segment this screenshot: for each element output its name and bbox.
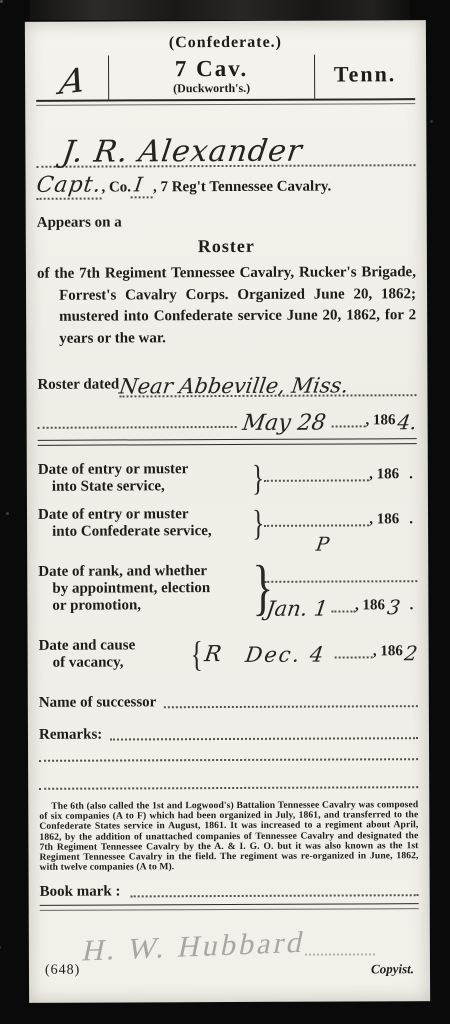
rank-entry: Capt. [37, 173, 102, 200]
successor-row: Name of successor [39, 690, 418, 714]
bottom-double-rule [40, 904, 419, 912]
country-heading: (Confederate.) [36, 20, 415, 53]
roster-dated-place-line: Near Abbeville, Miss. [119, 373, 416, 397]
book-mark-label: Book mark : [40, 884, 131, 903]
dotted-leader [264, 479, 369, 481]
roster-dated-label: Roster dated [37, 376, 119, 397]
muster-roll-card: (Confederate.) A 7 Cav. (Duckworth's.) T… [25, 20, 430, 1003]
trailing-period: . [399, 511, 417, 531]
vacancy-date-handwritten: Dec. 4 [244, 643, 327, 667]
trailing-period: . [399, 466, 417, 486]
dotted-leader [264, 524, 369, 526]
dotted-leader [110, 737, 418, 740]
header-underline [36, 103, 415, 106]
field-value: , 186 . [264, 511, 417, 534]
rank-company-line: Capt. , Co. I , 7 Reg't Tennessee Cavalr… [37, 171, 416, 203]
scan-dust-specks [0, 0, 3, 3]
year-digit: 2 [401, 641, 419, 665]
dotted-leader [131, 895, 419, 898]
rank-date-handwritten: Jan. 1 [265, 597, 329, 621]
dotted-leader [332, 610, 355, 612]
year-prefix: , 186 [373, 643, 403, 663]
dotted-leader [38, 426, 237, 429]
year-digit: 4. [394, 410, 418, 434]
corner-letter-cell: A [36, 56, 108, 100]
remarks-label: Remarks: [39, 727, 110, 746]
card-number: (648) [45, 963, 80, 979]
unit-block: 7 Cav. (Duckworth's.) [108, 55, 315, 100]
year-prefix: , 186 [369, 511, 399, 531]
vacancy-cause-code: R [203, 642, 223, 667]
corner-letter: A [57, 62, 87, 101]
soldier-name: J. R. Alexander [60, 135, 305, 170]
regiment-history-fine-print: The 6th (also called the 1st and Logwood… [39, 800, 418, 873]
field-label: Date and cause of vacancy, [39, 637, 189, 672]
promotion-note: P [315, 534, 331, 556]
section-divider [38, 438, 417, 446]
dotted-leader [264, 580, 417, 583]
state-name: Tenn. [334, 61, 396, 86]
dotted-leader [335, 656, 373, 658]
brace-glyph: { [191, 639, 201, 669]
brace-glyph: } [252, 573, 262, 603]
scan-edge-texture [30, 0, 410, 20]
appears-on-label: Appears on a [37, 213, 416, 235]
remarks-row: Remarks: [39, 722, 418, 746]
roster-dated-line2: May 28 , 186 4. [38, 396, 417, 434]
field-entry-confederate: Date of entry or muster into Confederate… [38, 502, 417, 544]
field-label: Date of rank, and whether by appointment… [38, 562, 250, 614]
field-label: Date of entry or muster into State servi… [38, 461, 250, 496]
field-date-of-rank: Date of rank, and whether by appointment… [38, 549, 417, 627]
state-cell: Tenn. [315, 54, 415, 98]
roster-dated-place: Near Abbeville, Miss. [118, 373, 350, 398]
roster-dated-line1: Roster dated Near Abbeville, Miss. [37, 360, 416, 398]
company-label: , Co. [101, 179, 131, 196]
year-prefix: , 186 [355, 597, 385, 617]
promotion-note-line: P [264, 557, 417, 588]
book-mark-row: Book mark : [40, 882, 419, 904]
brace-glyph: } [252, 508, 262, 538]
header-row: A 7 Cav. (Duckworth's.) Tenn. [36, 54, 415, 102]
rank-date-line: Jan. 1 , 186 3 . [264, 587, 417, 618]
year-digit: 3 [383, 595, 401, 619]
field-entry-state: Date of entry or muster into State servi… [38, 457, 417, 499]
roster-dated-monthday: May 28 [241, 411, 327, 436]
copyist-label: Copyist. [371, 961, 414, 977]
roster-title: Roster [37, 235, 416, 261]
field-value: P Jan. 1 , 186 3 . [264, 557, 417, 618]
dotted-leader [332, 425, 366, 427]
successor-label: Name of successor [39, 694, 165, 714]
field-label: Date of entry or muster into Confederate… [38, 506, 250, 541]
dotted-leader [305, 954, 375, 956]
field-value: , 186 . [264, 466, 417, 489]
unit-subname: (Duckworth's.) [109, 82, 314, 96]
roster-description: of the 7th Regiment Tennessee Cavalry, R… [37, 262, 416, 350]
company-entry: I [131, 172, 153, 198]
year-prefix: , 186 [369, 466, 399, 486]
copyist-signature-row: H. W. Hubbard [40, 918, 419, 966]
remarks-blank-line [39, 758, 418, 762]
brace-glyph: } [252, 463, 262, 493]
year-prefix: , 186 [365, 412, 395, 432]
dotted-leader [164, 705, 418, 708]
regiment-label: , 7 Reg't Tennessee Cavalry. [153, 179, 331, 197]
field-value: R Dec. 4 , 186 2 [203, 641, 418, 666]
soldier-name-line: J. R. Alexander [36, 118, 415, 168]
unit-name: 7 Cav. [109, 56, 314, 83]
remarks-blank-line [39, 786, 418, 790]
field-vacancy: Date and cause of vacancy, { R Dec. 4 , … [39, 630, 418, 678]
trailing-period: . [400, 597, 418, 617]
copyist-signature: H. W. Hubbard [80, 926, 310, 969]
